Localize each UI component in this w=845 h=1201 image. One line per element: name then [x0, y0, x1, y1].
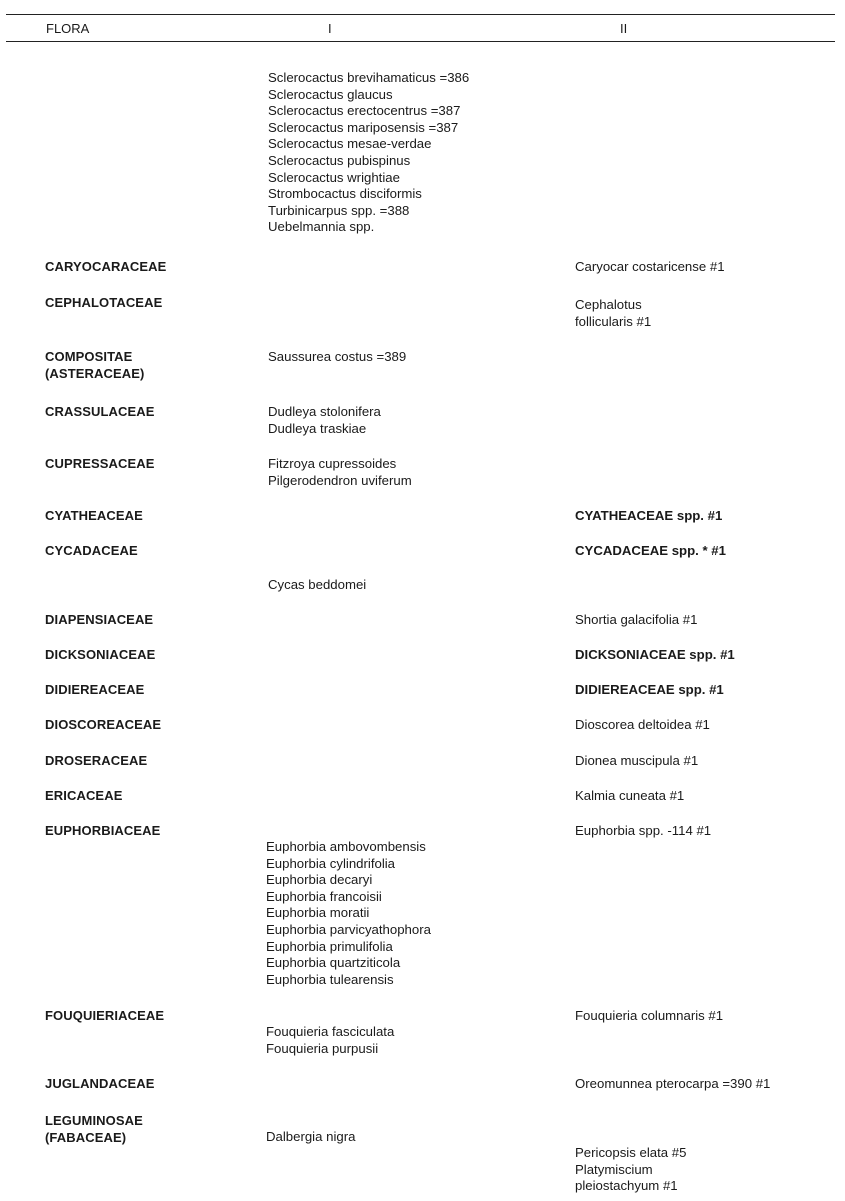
- family-name: COMPOSITAE: [45, 349, 144, 366]
- species-entry: Euphorbia moratii: [266, 905, 431, 922]
- family-name: DICKSONIACEAE: [45, 647, 155, 664]
- species-entry: Saussurea costus =389: [268, 349, 406, 366]
- leguminosae-appendix-ii: Pericopsis elata #5 Platymiscium pleiost…: [575, 1145, 686, 1195]
- family-name: EUPHORBIACEAE: [45, 823, 160, 840]
- species-entry: Euphorbia cylindrifolia: [266, 856, 431, 873]
- species-entry: Euphorbia francoisii: [266, 889, 431, 906]
- species-entry: DICKSONIACEAE spp. #1: [575, 647, 735, 664]
- family-droseraceae: DROSERACEAE: [45, 753, 147, 770]
- family-compositae: COMPOSITAE (ASTERACEAE): [45, 349, 144, 382]
- column-header-appendix-ii: II: [620, 21, 627, 38]
- species-entry: Platymiscium: [575, 1162, 686, 1179]
- family-name: DIAPENSIACEAE: [45, 612, 153, 629]
- species-entry: Euphorbia parvicyathophora: [266, 922, 431, 939]
- species-entry: Pericopsis elata #5: [575, 1145, 686, 1162]
- euphorbiaceae-appendix-i: Euphorbia ambovombensis Euphorbia cylind…: [266, 839, 431, 988]
- family-name: FOUQUIERIACEAE: [45, 1008, 164, 1025]
- species-entry: Sclerocactus wrightiae: [268, 170, 469, 187]
- species-entry: Sclerocactus mesae-verdae: [268, 136, 469, 153]
- header-bottom-rule: [6, 41, 835, 42]
- didiereaceae-appendix-ii: DIDIEREACEAE spp. #1: [575, 682, 724, 699]
- species-entry: Dudleya traskiae: [268, 421, 381, 438]
- fouquieriaceae-appendix-i: Fouquieria fasciculata Fouquieria purpus…: [266, 1024, 394, 1057]
- cycadaceae-appendix-i: Cycas beddomei: [268, 577, 366, 594]
- species-entry: Dioscorea deltoidea #1: [575, 717, 710, 734]
- top-rule: [6, 14, 835, 15]
- species-entry: Caryocar costaricense #1: [575, 259, 725, 276]
- species-entry: Pilgerodendron uviferum: [268, 473, 412, 490]
- species-entry: Dudleya stolonifera: [268, 404, 381, 421]
- family-ericaceae: ERICACEAE: [45, 788, 122, 805]
- species-entry: CYCADACEAE spp. * #1: [575, 543, 726, 560]
- cyatheaceae-appendix-ii: CYATHEACEAE spp. #1: [575, 508, 722, 525]
- species-entry: Sclerocactus pubispinus: [268, 153, 469, 170]
- species-entry: Dionea muscipula #1: [575, 753, 698, 770]
- family-name-alt: (FABACEAE): [45, 1130, 143, 1147]
- family-name: DROSERACEAE: [45, 753, 147, 770]
- family-name: DIOSCOREACEAE: [45, 717, 161, 734]
- family-leguminosae: LEGUMINOSAE (FABACEAE): [45, 1113, 143, 1146]
- species-entry: CYATHEACEAE spp. #1: [575, 508, 722, 525]
- family-name: CEPHALOTACEAE: [45, 295, 162, 312]
- species-entry: follicularis #1: [575, 314, 651, 331]
- family-name: CYCADACEAE: [45, 543, 138, 560]
- species-entry: Strombocactus disciformis: [268, 186, 469, 203]
- family-crassulaceae: CRASSULACEAE: [45, 404, 155, 421]
- species-entry: Shortia galacifolia #1: [575, 612, 697, 629]
- family-name: JUGLANDACEAE: [45, 1076, 155, 1093]
- species-entry: Uebelmannia spp.: [268, 219, 469, 236]
- species-entry: Euphorbia decaryi: [266, 872, 431, 889]
- dioscoreaceae-appendix-ii: Dioscorea deltoidea #1: [575, 717, 710, 734]
- euphorbiaceae-appendix-ii: Euphorbia spp. -114 #1: [575, 823, 711, 840]
- dicksoniaceae-appendix-ii: DICKSONIACEAE spp. #1: [575, 647, 735, 664]
- family-juglandaceae: JUGLANDACEAE: [45, 1076, 155, 1093]
- species-entry: Fouquieria columnaris #1: [575, 1008, 723, 1025]
- family-name: DIDIEREACEAE: [45, 682, 144, 699]
- droseraceae-appendix-ii: Dionea muscipula #1: [575, 753, 698, 770]
- species-entry: Cycas beddomei: [268, 577, 366, 594]
- cephalotaceae-appendix-ii: Cephalotus follicularis #1: [575, 297, 651, 330]
- column-header-flora: FLORA: [46, 21, 89, 38]
- species-entry: Cephalotus: [575, 297, 651, 314]
- family-fouquieriaceae: FOUQUIERIACEAE: [45, 1008, 164, 1025]
- species-entry: DIDIEREACEAE spp. #1: [575, 682, 724, 699]
- species-entry: Fouquieria fasciculata: [266, 1024, 394, 1041]
- family-dioscoreaceae: DIOSCOREACEAE: [45, 717, 161, 734]
- family-cyatheaceae: CYATHEACEAE: [45, 508, 143, 525]
- crassulaceae-appendix-i: Dudleya stolonifera Dudleya traskiae: [268, 404, 381, 437]
- caryocaraceae-appendix-ii: Caryocar costaricense #1: [575, 259, 725, 276]
- family-caryocaraceae: CARYOCARACEAE: [45, 259, 166, 276]
- species-entry: pleiostachyum #1: [575, 1178, 686, 1195]
- species-entry: Sclerocactus erectocentrus =387: [268, 103, 469, 120]
- cupressaceae-appendix-i: Fitzroya cupressoides Pilgerodendron uvi…: [268, 456, 412, 489]
- species-entry: Oreomunnea pterocarpa =390 #1: [575, 1076, 770, 1093]
- family-name: LEGUMINOSAE: [45, 1113, 143, 1130]
- species-entry: Sclerocactus mariposensis =387: [268, 120, 469, 137]
- family-diapensiaceae: DIAPENSIACEAE: [45, 612, 153, 629]
- family-didiereaceae: DIDIEREACEAE: [45, 682, 144, 699]
- family-name-alt: (ASTERACEAE): [45, 366, 144, 383]
- species-entry: Fitzroya cupressoides: [268, 456, 412, 473]
- species-entry: Fouquieria purpusii: [266, 1041, 394, 1058]
- continuation-appendix-i-list: Sclerocactus brevihamaticus =386 Scleroc…: [268, 70, 469, 236]
- compositae-appendix-i: Saussurea costus =389: [268, 349, 406, 366]
- species-entry: Sclerocactus glaucus: [268, 87, 469, 104]
- species-entry: Euphorbia tulearensis: [266, 972, 431, 989]
- fouquieriaceae-appendix-ii: Fouquieria columnaris #1: [575, 1008, 723, 1025]
- family-cephalotaceae: CEPHALOTACEAE: [45, 295, 162, 312]
- family-name: ERICACEAE: [45, 788, 122, 805]
- ericaceae-appendix-ii: Kalmia cuneata #1: [575, 788, 684, 805]
- species-entry: Euphorbia spp. -114 #1: [575, 823, 711, 840]
- species-entry: Sclerocactus brevihamaticus =386: [268, 70, 469, 87]
- species-entry: Euphorbia quartziticola: [266, 955, 431, 972]
- family-name: CYATHEACEAE: [45, 508, 143, 525]
- column-header-appendix-i: I: [328, 21, 332, 38]
- species-entry: Euphorbia primulifolia: [266, 939, 431, 956]
- family-cupressaceae: CUPRESSACEAE: [45, 456, 155, 473]
- species-entry: Turbinicarpus spp. =388: [268, 203, 469, 220]
- cycadaceae-appendix-ii: CYCADACEAE spp. * #1: [575, 543, 726, 560]
- species-entry: Dalbergia nigra: [266, 1129, 355, 1146]
- family-dicksoniaceae: DICKSONIACEAE: [45, 647, 155, 664]
- family-name: CARYOCARACEAE: [45, 259, 166, 276]
- diapensiaceae-appendix-ii: Shortia galacifolia #1: [575, 612, 697, 629]
- family-name: CRASSULACEAE: [45, 404, 155, 421]
- species-entry: Euphorbia ambovombensis: [266, 839, 431, 856]
- family-euphorbiaceae: EUPHORBIACEAE: [45, 823, 160, 840]
- species-entry: Kalmia cuneata #1: [575, 788, 684, 805]
- leguminosae-appendix-i: Dalbergia nigra: [266, 1129, 355, 1146]
- family-cycadaceae: CYCADACEAE: [45, 543, 138, 560]
- family-name: CUPRESSACEAE: [45, 456, 155, 473]
- juglandaceae-appendix-ii: Oreomunnea pterocarpa =390 #1: [575, 1076, 770, 1093]
